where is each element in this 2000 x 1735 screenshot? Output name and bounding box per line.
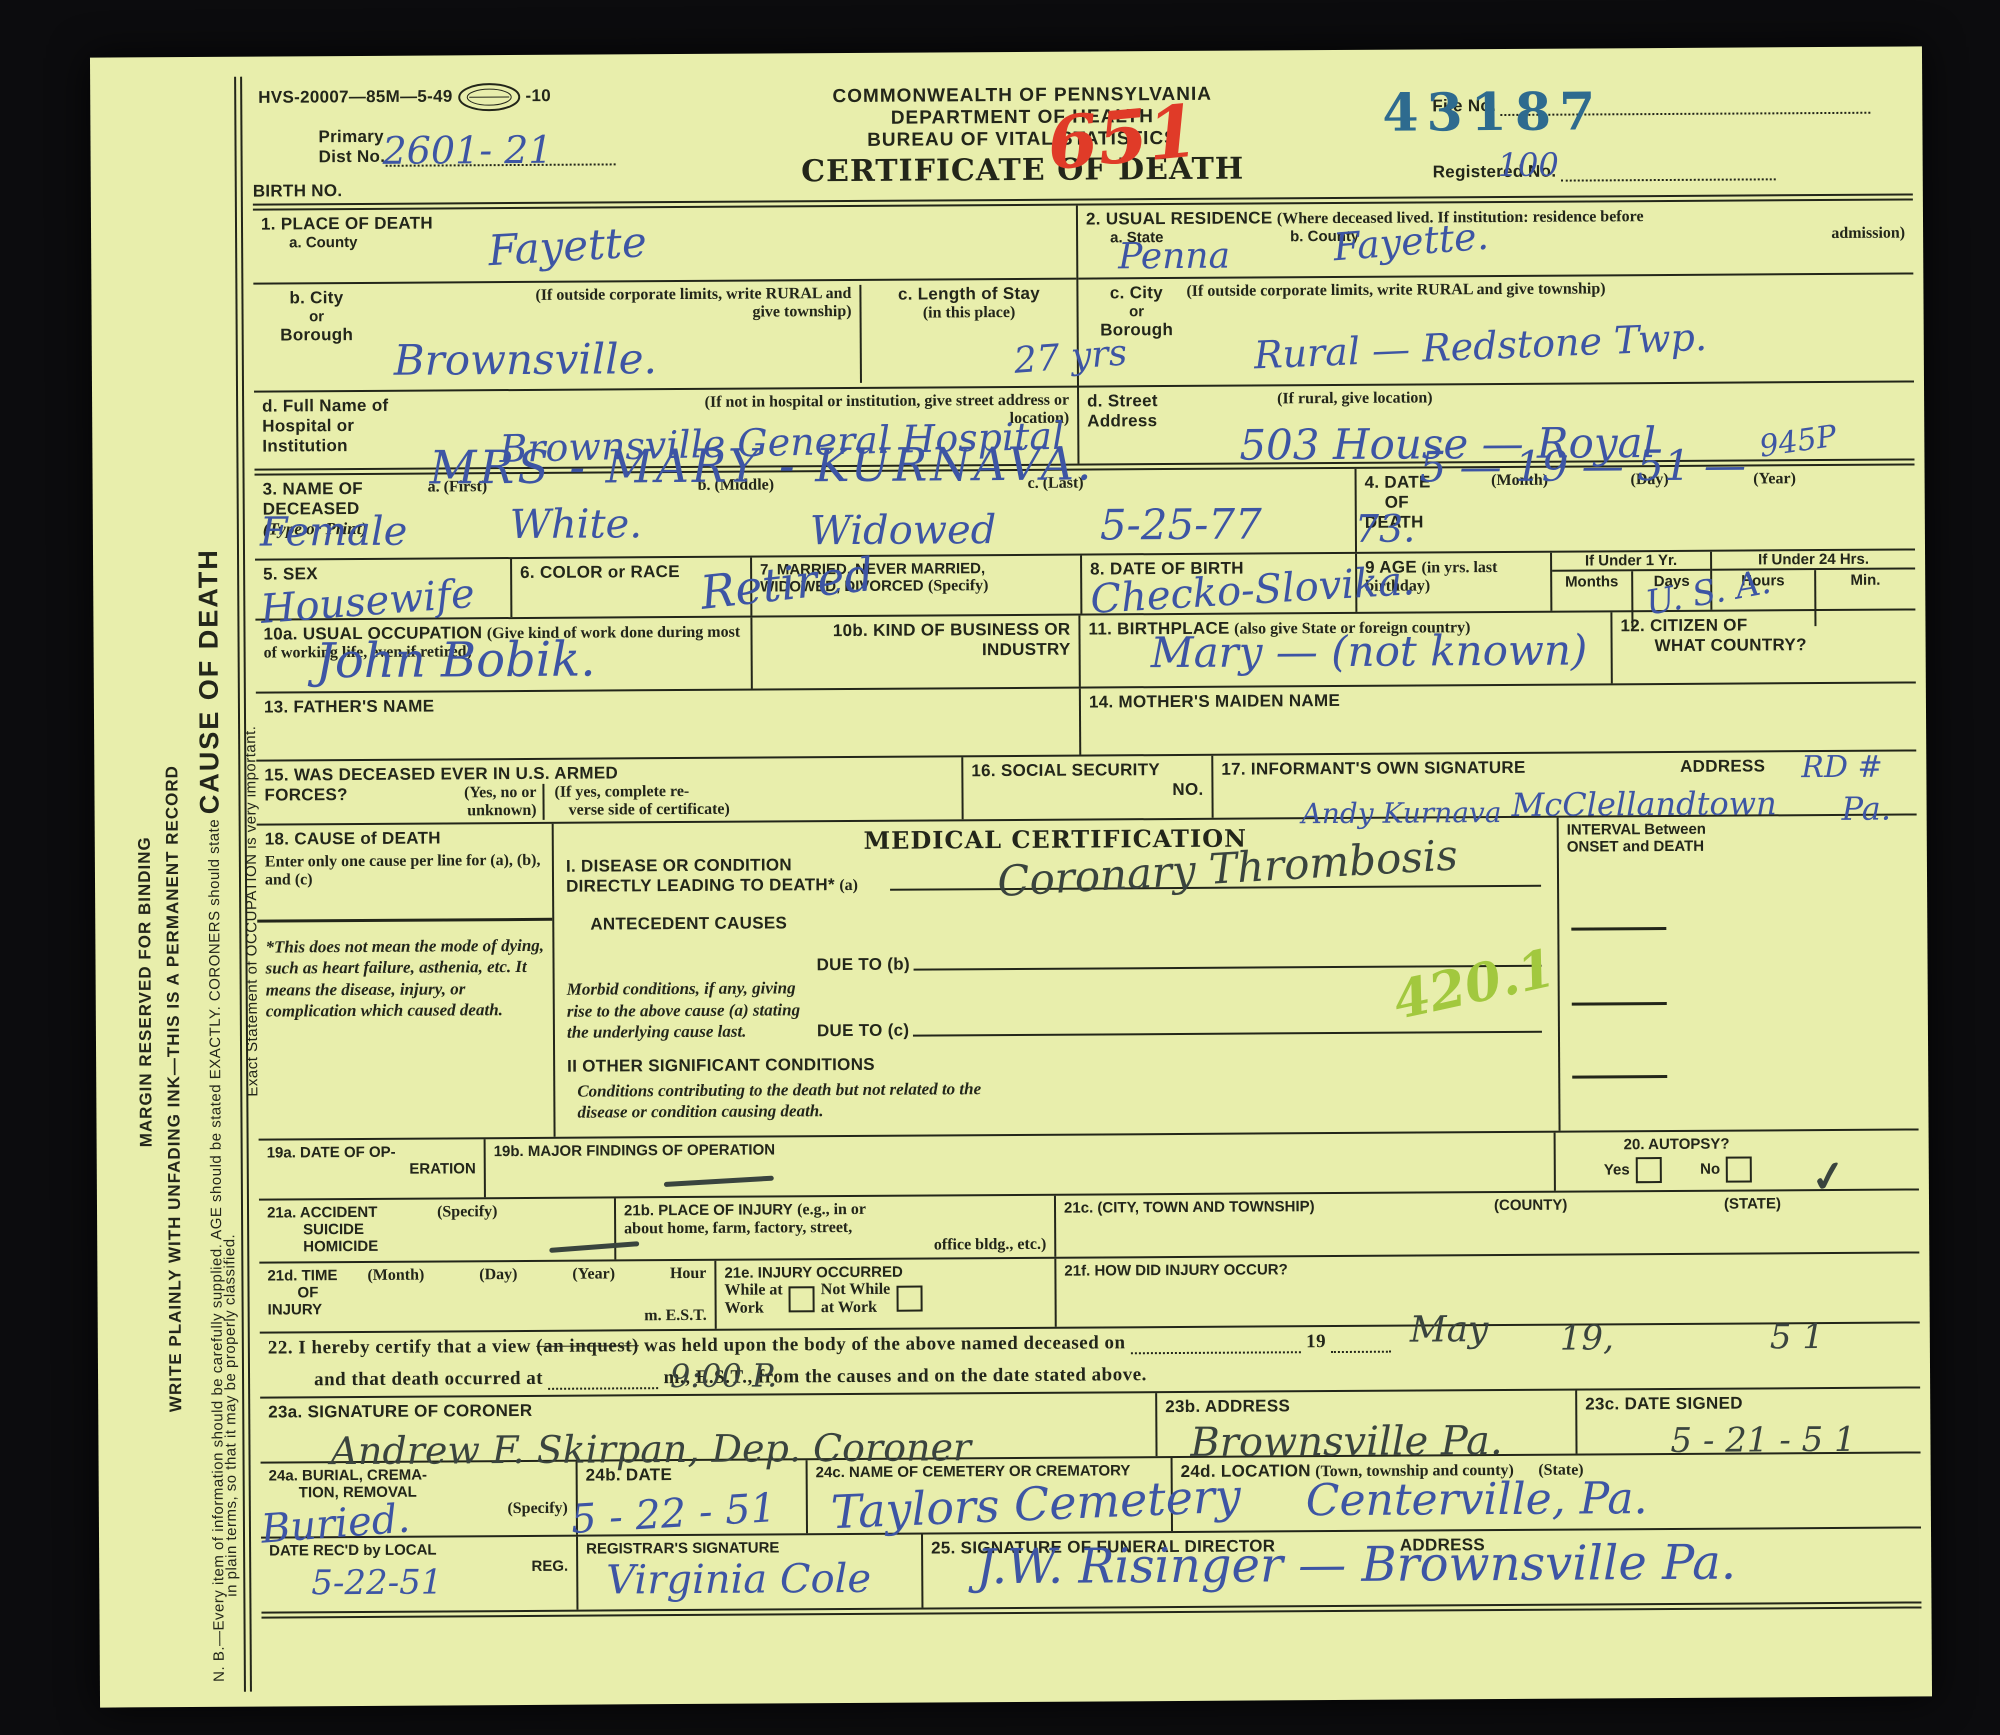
street-address-label-2: Address: [1087, 411, 1217, 432]
autopsy-section: 20. AUTOPSY? Yes No: [1554, 1130, 1919, 1190]
form-header: HVS-20007—85M—5-49 -10 Primary Dist No. …: [252, 71, 1913, 203]
registrar-signature-section: REGISTRAR'S SIGNATURE: [576, 1535, 921, 1610]
registered-no-line: [1561, 160, 1776, 181]
coroner-address-section: 23b. ADDRESS: [1155, 1391, 1575, 1457]
location-label: 24d. LOCATION: [1181, 1461, 1311, 1481]
how-injury-label: 21f. HOW DID INJURY OCCUR?: [1064, 1261, 1287, 1279]
name-title-1: 3. NAME OF: [263, 479, 428, 500]
accident-label-1: 21a. ACCIDENT: [267, 1204, 437, 1222]
medical-certification-section: 18. CAUSE of DEATH Enter only one cause …: [257, 813, 1919, 1138]
usual-residence-title: 2. USUAL RESIDENCE: [1086, 208, 1273, 228]
file-no-line: [1500, 94, 1870, 116]
file-no-row: File No.: [1432, 94, 1902, 117]
residence-city-label-1: c. City: [1086, 283, 1186, 304]
disease-label-2: DIRECTLY LEADING TO DEATH*: [566, 875, 835, 896]
forces-label-2: FORCES?: [264, 785, 374, 822]
dod-title-1: 4. DATE: [1365, 472, 1455, 493]
forces-hint-1: (Yes, no or: [464, 784, 537, 801]
coroner-signature-label: 23a. SIGNATURE OF CORONER: [268, 1401, 532, 1422]
date-received-section: DATE REC'D by LOCAL REG.: [261, 1537, 576, 1612]
registered-no-row: Registered No.: [1433, 160, 1823, 182]
length-of-stay-hint: (in this place): [870, 304, 1069, 323]
cemetery-location-section: 24d. LOCATION (Town, township and county…: [1171, 1453, 1921, 1531]
disease-label-1: I. DISEASE OR CONDITION: [566, 855, 886, 877]
ssn-label-2: NO.: [971, 780, 1203, 801]
cause-a-line: [890, 885, 1541, 891]
certify-date-line: [1131, 1333, 1301, 1354]
married-hint: (Specify): [928, 577, 989, 594]
interval-line-a: [1571, 927, 1666, 931]
due-to-c-line: [913, 1031, 1542, 1037]
accident-label-2: SUICIDE: [303, 1221, 437, 1239]
registrar-funeral-section: DATE REC'D by LOCAL REG. REGISTRAR'S SIG…: [261, 1526, 1921, 1611]
injury-occurred-section: 21e. INJURY OCCURRED While atWork Not Wh…: [714, 1259, 1054, 1329]
interval-label-1: INTERVAL Between: [1567, 820, 1909, 839]
place-of-injury-section: 21b. PLACE OF INJURY (e.g., in or about …: [614, 1196, 1054, 1260]
name-of-deceased-section: 3. NAME OF DECEASED (Type or Print) a. (…: [255, 469, 1355, 559]
injury-day-label: (Day): [479, 1266, 517, 1284]
cemetery-label: 24c. NAME OF CEMETERY OR CREMATORY: [816, 1462, 1131, 1481]
other-conditions-label: II OTHER SIGNIFICANT CONDITIONS: [567, 1051, 1546, 1077]
married-label-1: 7. MARRIED, NEVER MARRIED,: [760, 560, 1072, 579]
date-recd-label-1: DATE REC'D by LOCAL: [269, 1541, 568, 1560]
dob-label: 8. DATE OF BIRTH: [1090, 559, 1244, 579]
occupation-label: 10a. USUAL OCCUPATION: [263, 623, 482, 643]
dist-no-line: [385, 145, 615, 166]
burial-type-section: 24a. BURIAL, CREMA- TION, REMOVAL (Speci…: [261, 1462, 576, 1537]
date-signed-label: 23c. DATE SIGNED: [1585, 1394, 1743, 1414]
age-section: 9 AGE (in yrs. last birthday): [1355, 553, 1550, 612]
state-label: a. State: [1110, 228, 1290, 247]
primary-label: Primary: [318, 125, 615, 147]
informant-label: 17. INFORMANT'S OWN SIGNATURE: [1221, 758, 1525, 779]
cemetery-section: 24c. NAME OF CEMETERY OR CREMATORY: [806, 1458, 1171, 1533]
certify-line-2: and that death occurred at m., E.S.T., f…: [314, 1360, 1912, 1392]
birthplace-hint: (also give State or foreign country): [1234, 619, 1470, 637]
autopsy-yes-checkbox: [1636, 1157, 1662, 1183]
place-residence-section: 1. PLACE OF DEATH a. County b. City or B…: [253, 200, 1915, 468]
antecedent-label: ANTECEDENT CAUSES: [590, 909, 1545, 935]
birthplace-label: 11. BIRTHPLACE: [1088, 619, 1229, 639]
under-1-yr-section: If Under 1 Yr. Months Days: [1550, 552, 1710, 611]
burial-specify-hint: (Specify): [269, 1500, 568, 1520]
hospital-hint-2: location): [432, 410, 1069, 432]
place-of-injury-label: 21b. PLACE OF INJURY: [624, 1201, 793, 1219]
city-borough-hint-2: give township): [371, 303, 851, 324]
morbid-note: Morbid conditions, if any, giving rise t…: [567, 977, 817, 1042]
place-of-death-section: 1. PLACE OF DEATH a. County b. City or B…: [253, 206, 1078, 469]
injury-city-section: 21c. (CITY, TOWN AND TOWNSHIP) (COUNTY) …: [1054, 1190, 1919, 1256]
cause-note-2: *This does not mean the mode of dying, s…: [265, 935, 545, 1022]
birth-no-label: BIRTH NO.: [253, 181, 343, 202]
last-name-label: c. (Last): [1028, 475, 1084, 550]
street-address-hint: (If rural, give location): [1277, 389, 1433, 458]
scan-background: { "colors":{"paper":"#e8eeac","ink":"#23…: [0, 0, 2000, 1735]
funeral-director-label: 25. SIGNATURE OF FUNERAL DIRECTOR: [931, 1536, 1275, 1557]
bureau-line: BUREAU OF VITAL STATISTICS: [682, 127, 1362, 153]
struck-inquest: (an inquest): [536, 1335, 639, 1357]
place-of-injury-hint-3: office bldg., etc.): [624, 1236, 1046, 1257]
funeral-director-section: 25. SIGNATURE OF FUNERAL DIRECTOR ADDRES…: [921, 1528, 1921, 1607]
death-certificate-paper: MARGIN RESERVED FOR BINDING WRITE PLAINL…: [90, 46, 1932, 1707]
ssn-label-1: 16. SOCIAL SECURITY: [971, 760, 1203, 781]
injury-est-label: m. E.S.T.: [368, 1307, 707, 1327]
color-race-label: 6. COLOR or RACE: [520, 562, 680, 582]
business-industry-section: 10b. KIND OF BUSINESS OR INDUSTRY: [750, 616, 1078, 689]
burial-date-label: 24b. DATE: [586, 1465, 673, 1485]
sex-race-age-section: 5. SEX 6. COLOR or RACE 7. MARRIED, NEVE…: [255, 548, 1915, 618]
cause-of-death-label: 18. CAUSE of DEATH: [265, 828, 544, 850]
dod-day-label: (Day): [1585, 471, 1715, 547]
interval-line-b: [1572, 1002, 1667, 1006]
coroner-signature-section: 23a. SIGNATURE OF CORONER: [260, 1393, 1155, 1461]
occupation-birthplace-section: 10a. USUAL OCCUPATION (Give kind of work…: [255, 608, 1915, 691]
ssn-section: 16. SOCIAL SECURITY NO.: [961, 756, 1211, 820]
accident-injury-section: 21a. ACCIDENT SUICIDE HOMICIDE (Specify)…: [259, 1188, 1919, 1261]
header-titles: COMMONWEALTH OF PENNSYLVANIA DEPARTMENT …: [682, 83, 1363, 190]
place-of-injury-hint-1: (e.g., in or: [797, 1201, 866, 1218]
registrar-label: REGISTRAR'S SIGNATURE: [586, 1539, 779, 1557]
coroner-section: 23a. SIGNATURE OF CORONER 23b. ADDRESS 2…: [260, 1386, 1920, 1461]
date-signed-section: 23c. DATE SIGNED: [1575, 1388, 1920, 1453]
due-to-b-label: DUE TO (b): [816, 955, 909, 976]
autopsy-label: 20. AUTOPSY?: [1624, 1135, 1911, 1154]
armed-forces-section: 15. WAS DECEASED EVER IN U.S. ARMED FORC…: [256, 757, 961, 823]
color-race-section: 6. COLOR or RACE: [510, 558, 750, 617]
forces-ssn-informant-section: 15. WAS DECEASED EVER IN U.S. ARMED FORC…: [256, 749, 1916, 823]
citizen-label-2: WHAT COUNTRY?: [1655, 635, 1908, 657]
residence-city-hint: (If outside corporate limits, write RURA…: [1186, 279, 1905, 340]
fathers-name-label: 13. FATHER'S NAME: [264, 697, 434, 717]
birthplace-section: 11. BIRTHPLACE (also give State or forei…: [1078, 612, 1610, 686]
injury-time-label-3: INJURY: [268, 1301, 368, 1319]
registered-no-label: No.: [1528, 162, 1556, 181]
under-1yr-label: If Under 1 Yr.: [1552, 552, 1710, 570]
interval-label-2: ONSET and DEATH: [1567, 837, 1909, 856]
forces-hint-2: unknown): [467, 802, 536, 819]
hospital-label-3: Institution: [262, 436, 432, 457]
operation-date-label-1: 19a. DATE OF OP-: [267, 1143, 476, 1161]
burial-date-section: 24b. DATE: [576, 1460, 806, 1534]
dod-title-2: OF: [1385, 492, 1455, 512]
not-while-at-work-label: Not Whileat Work: [821, 1281, 891, 1317]
margin-binding-note: MARGIN RESERVED FOR BINDING: [135, 836, 157, 1147]
location-hint: (Town, township and county): [1315, 1462, 1514, 1480]
accident-specify-hint: (Specify): [437, 1203, 498, 1256]
usual-occupation-section: 10a. USUAL OCCUPATION (Give kind of work…: [255, 618, 750, 692]
hospital-label-1: d. Full Name of: [262, 396, 432, 417]
margin-plain-terms-note: in plain terms, so that it may be proper…: [221, 1234, 240, 1597]
dod-month-label: (Month): [1455, 471, 1585, 547]
coroner-address-label: 23b. ADDRESS: [1165, 1396, 1290, 1416]
while-at-work-label: While atWork: [724, 1281, 782, 1317]
length-of-stay-label: c. Length of Stay: [869, 284, 1068, 305]
burial-label-1: 24a. BURIAL, CREMA-: [269, 1466, 568, 1485]
interval-column: INTERVAL Between ONSET and DEATH: [1557, 815, 1919, 1130]
certify-line-1: 22. I hereby certify that a view (an inq…: [268, 1328, 1912, 1360]
accident-label-3: HOMICIDE: [303, 1238, 437, 1256]
file-no-label: File No.: [1432, 96, 1496, 115]
date-recd-label-2: REG.: [269, 1558, 568, 1577]
mothers-name-label: 14. MOTHER'S MAIDEN NAME: [1089, 691, 1340, 712]
name-date-section: 3. NAME OF DECEASED (Type or Print) a. (…: [255, 465, 1915, 558]
other-conditions-note: Conditions contributing to the death but…: [577, 1078, 997, 1123]
parents-section: 13. FATHER'S NAME 14. MOTHER'S MAIDEN NA…: [256, 681, 1916, 759]
while-at-work-checkbox: [789, 1286, 815, 1312]
residence-city-label-3: Borough: [1087, 320, 1187, 341]
forces-hint-4: verse side of certificate): [569, 801, 730, 819]
citizen-label-1: 12. CITIZEN OF: [1620, 615, 1907, 637]
margin-write-plainly-note: WRITE PLAINLY WITH UNFADING INK—THIS IS …: [162, 765, 186, 1412]
registered-label: Registered: [1433, 162, 1524, 182]
operation-autopsy-section: 19a. DATE OF OP- ERATION 19b. MAJOR FIND…: [259, 1128, 1919, 1198]
autopsy-no-label: No: [1700, 1161, 1720, 1178]
sex-section: 5. SEX: [255, 559, 510, 619]
cause-note-1: Enter only one cause per line for (a), (…: [265, 852, 544, 890]
major-findings-section: 19b. MAJOR FINDINGS OF OPERATION: [484, 1133, 1554, 1198]
accident-suicide-section: 21a. ACCIDENT SUICIDE HOMICIDE (Specify): [259, 1198, 614, 1261]
marital-status-section: 7. MARRIED, NEVER MARRIED, WIDOWED, DIVO…: [750, 556, 1080, 616]
usual-residence-section: 2. USUAL RESIDENCE (Where deceased lived…: [1076, 200, 1915, 463]
city-borough-label-3: Borough: [262, 325, 372, 346]
dist-no-label: Dist No.: [319, 147, 386, 166]
business-label-1: 10b. KIND OF BUSINESS OR: [760, 620, 1070, 642]
usual-residence-hint-2: admission): [1510, 225, 1905, 245]
injury-time-label-2: OF: [297, 1284, 367, 1301]
city-borough-label-2: or: [262, 308, 372, 326]
certificate-title: CERTIFICATE OF DEATH: [683, 151, 1363, 190]
injury-county-label: (COUNTY): [1494, 1196, 1724, 1250]
first-name-label: a. (First): [428, 477, 698, 554]
date-of-birth-section: 8. DATE OF BIRTH: [1080, 554, 1355, 614]
street-address-label-1: d. Street: [1087, 391, 1217, 412]
not-while-at-work-checkbox: [896, 1286, 922, 1312]
disease-a-tag: (a): [839, 877, 858, 894]
medical-certification-column: MEDICAL CERTIFICATION I. DISEASE OR COND…: [552, 818, 1559, 1137]
certificate-form: HVS-20007—85M—5-49 -10 Primary Dist No. …: [252, 71, 1921, 1618]
residence-county-label: b. County: [1290, 227, 1510, 246]
age-label: 9 AGE: [1365, 558, 1417, 577]
certify-time-line: [548, 1369, 658, 1390]
married-label-2: WIDOWED, DIVORCED: [760, 578, 923, 596]
informant-address-label: ADDRESS: [1680, 756, 1765, 776]
margin-cause-caps: CAUSE OF DEATH: [193, 548, 225, 814]
cause-of-death-column: 18. CAUSE of DEATH Enter only one cause …: [257, 824, 554, 1139]
seal-suffix: -10: [525, 86, 551, 105]
date-of-death-section: 4. DATE OF DEATH (Month) (Day) (Year): [1355, 465, 1915, 551]
injury-year-label: (Year): [572, 1265, 615, 1283]
funeral-address-label: ADDRESS: [1400, 1535, 1485, 1555]
dod-title-3: DEATH: [1365, 512, 1455, 533]
injury-occurred-label: 21e. INJURY OCCURRED: [724, 1263, 1046, 1282]
injury-state-label: (STATE): [1724, 1195, 1781, 1248]
city-borough-label-1: b. City: [261, 288, 371, 309]
injury-time-label-1: 21d. TIME: [267, 1267, 367, 1285]
form-number: HVS-20007—85M—5-49: [258, 87, 453, 107]
business-label-2: INDUSTRY: [761, 640, 1071, 662]
injury-city-label: 21c. (CITY, TOWN AND TOWNSHIP): [1064, 1197, 1494, 1253]
union-label-seal-icon: [457, 82, 521, 112]
burial-section: 24a. BURIAL, CREMA- TION, REMOVAL (Speci…: [261, 1451, 1921, 1536]
date-of-operation-section: 19a. DATE OF OP- ERATION: [259, 1139, 484, 1198]
location-state-hint: (State): [1538, 1462, 1583, 1479]
under-24-hrs-section: If Under 24 Hrs. Hours Min.: [1710, 550, 1915, 609]
certify-year-line: [1331, 1333, 1391, 1353]
name-title-3: (Type or Print): [263, 519, 428, 540]
hospital-label-2: Hospital or: [262, 416, 432, 437]
injury-month-label: (Month): [367, 1267, 424, 1285]
time-of-injury-section: 21d. TIME OF INJURY (Month) (Day) (Year)…: [259, 1251, 1919, 1331]
sex-label: 5. SEX: [263, 564, 318, 583]
injury-hour-label: Hour: [670, 1265, 707, 1283]
mothers-name-section: 14. MOTHER'S MAIDEN NAME: [1079, 683, 1916, 754]
forces-hint-3: (If yes, complete re-: [554, 783, 689, 801]
due-to-b-line: [914, 965, 1542, 971]
informant-section: 17. INFORMANT'S OWN SIGNATURE ADDRESS: [1211, 751, 1916, 817]
autopsy-yes-label: Yes: [1604, 1161, 1630, 1178]
dod-year-label: (Year): [1715, 470, 1835, 546]
under-24hrs-label: If Under 24 Hrs.: [1712, 550, 1915, 568]
injury-time-section: 21d. TIME OF INJURY (Month) (Day) (Year)…: [259, 1261, 714, 1332]
residence-city-label-2: or: [1086, 303, 1186, 321]
burial-label-2: TION, REMOVAL: [299, 1483, 568, 1502]
how-injury-occurred-section: 21f. HOW DID INJURY OCCUR?: [1054, 1253, 1919, 1326]
usual-residence-hint-1: (Where deceased lived. If institution: r…: [1277, 208, 1644, 227]
operation-date-label-2: ERATION: [267, 1160, 476, 1178]
citizen-section: 12. CITIZEN OF WHAT COUNTRY?: [1610, 610, 1915, 683]
autopsy-no-checkbox: [1726, 1156, 1752, 1182]
certify-section: 22. I hereby certify that a view (an inq…: [260, 1321, 1920, 1396]
due-to-c-label: DUE TO (c): [817, 1021, 910, 1042]
major-findings-label: 19b. MAJOR FINDINGS OF OPERATION: [494, 1141, 776, 1160]
middle-name-label: b. (Middle): [698, 475, 1028, 552]
interval-line-c: [1572, 1075, 1667, 1079]
name-title-2: DECEASED: [263, 499, 428, 520]
fathers-name-section: 13. FATHER'S NAME: [256, 689, 1079, 760]
